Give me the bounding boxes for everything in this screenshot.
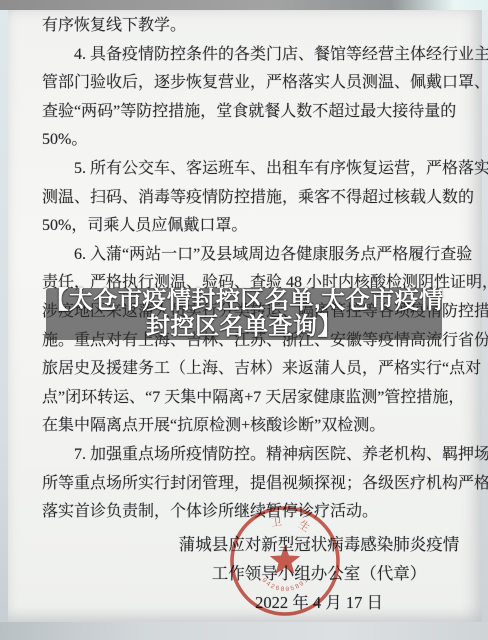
caption-line-1: 【太仓市疫情封控区名单,太仓市疫情 [44, 288, 443, 314]
document-line: 4. 具备疫情防控条件的各类门店、餐馆等经营主体经行业主 [42, 41, 454, 70]
document-line: 旅居史及援建务工（上海、吉林）来返蒲人员，严格实行“点对 [42, 355, 454, 384]
document-line: 6. 入蒲“两站一口”及县域周边各健康服务点严格履行查验 [42, 241, 454, 270]
photo-edge-left [0, 10, 8, 622]
document-line: 点”闭环转运、“7 天集中隔离+7 天居家健康监测”管控措施， [42, 384, 454, 413]
caption-overlay: 【太仓市疫情封控区名单,太仓市疫情 封控区名单查询】 [46, 288, 442, 340]
seal-top-text: 卫 生 [270, 514, 318, 538]
photo-edge-top [0, 0, 488, 10]
document-line: 7. 加强重点场所疫情防控。精神病医院、养老机构、羁押场 [42, 441, 454, 470]
document-line: 50%。 [42, 126, 454, 155]
document-line: 测温、扫码、消毒等疫情防控措施，乘客不得超过核载人数的 [42, 184, 454, 213]
document-line: 管部门验收后，逐步恢复营业，严格落实人员测温、佩戴口罩、 [42, 69, 454, 98]
red-star-icon [270, 545, 300, 574]
document-line: 50%，司乘人员应佩戴口罩。 [42, 212, 454, 241]
document-line: 查验“两码”等防控措施，堂食就餐人数不超过最大接待量的 [42, 98, 454, 127]
document-line: 在集中隔离点开展“抗原检测+核酸诊断”双检测。 [42, 412, 454, 441]
document-line: 有序恢复线下教学。 [42, 12, 454, 41]
official-seal: 卫 生 0426005891 [226, 502, 344, 620]
photo-of-document: 有序恢复线下教学。 4. 具备疫情防控条件的各类门店、餐馆等经营主体经行业主 管… [0, 0, 488, 640]
document-body: 有序恢复线下教学。 4. 具备疫情防控条件的各类门店、餐馆等经营主体经行业主 管… [42, 12, 454, 527]
document-line: 所等重点场所实行封闭管理，提倡视频探视；各级医疗机构严格 [42, 470, 454, 499]
svg-text:卫 生: 卫 生 [270, 514, 318, 538]
caption-line-2: 封控区名单查询】 [146, 314, 342, 340]
seal-serial-number: 0426005891 [260, 576, 310, 593]
photo-edge-bottom [0, 622, 488, 640]
svg-text:0426005891: 0426005891 [260, 576, 310, 593]
document-line: 5. 所有公交车、客运班车、出租车有序恢复运营，严格落实 [42, 155, 454, 184]
